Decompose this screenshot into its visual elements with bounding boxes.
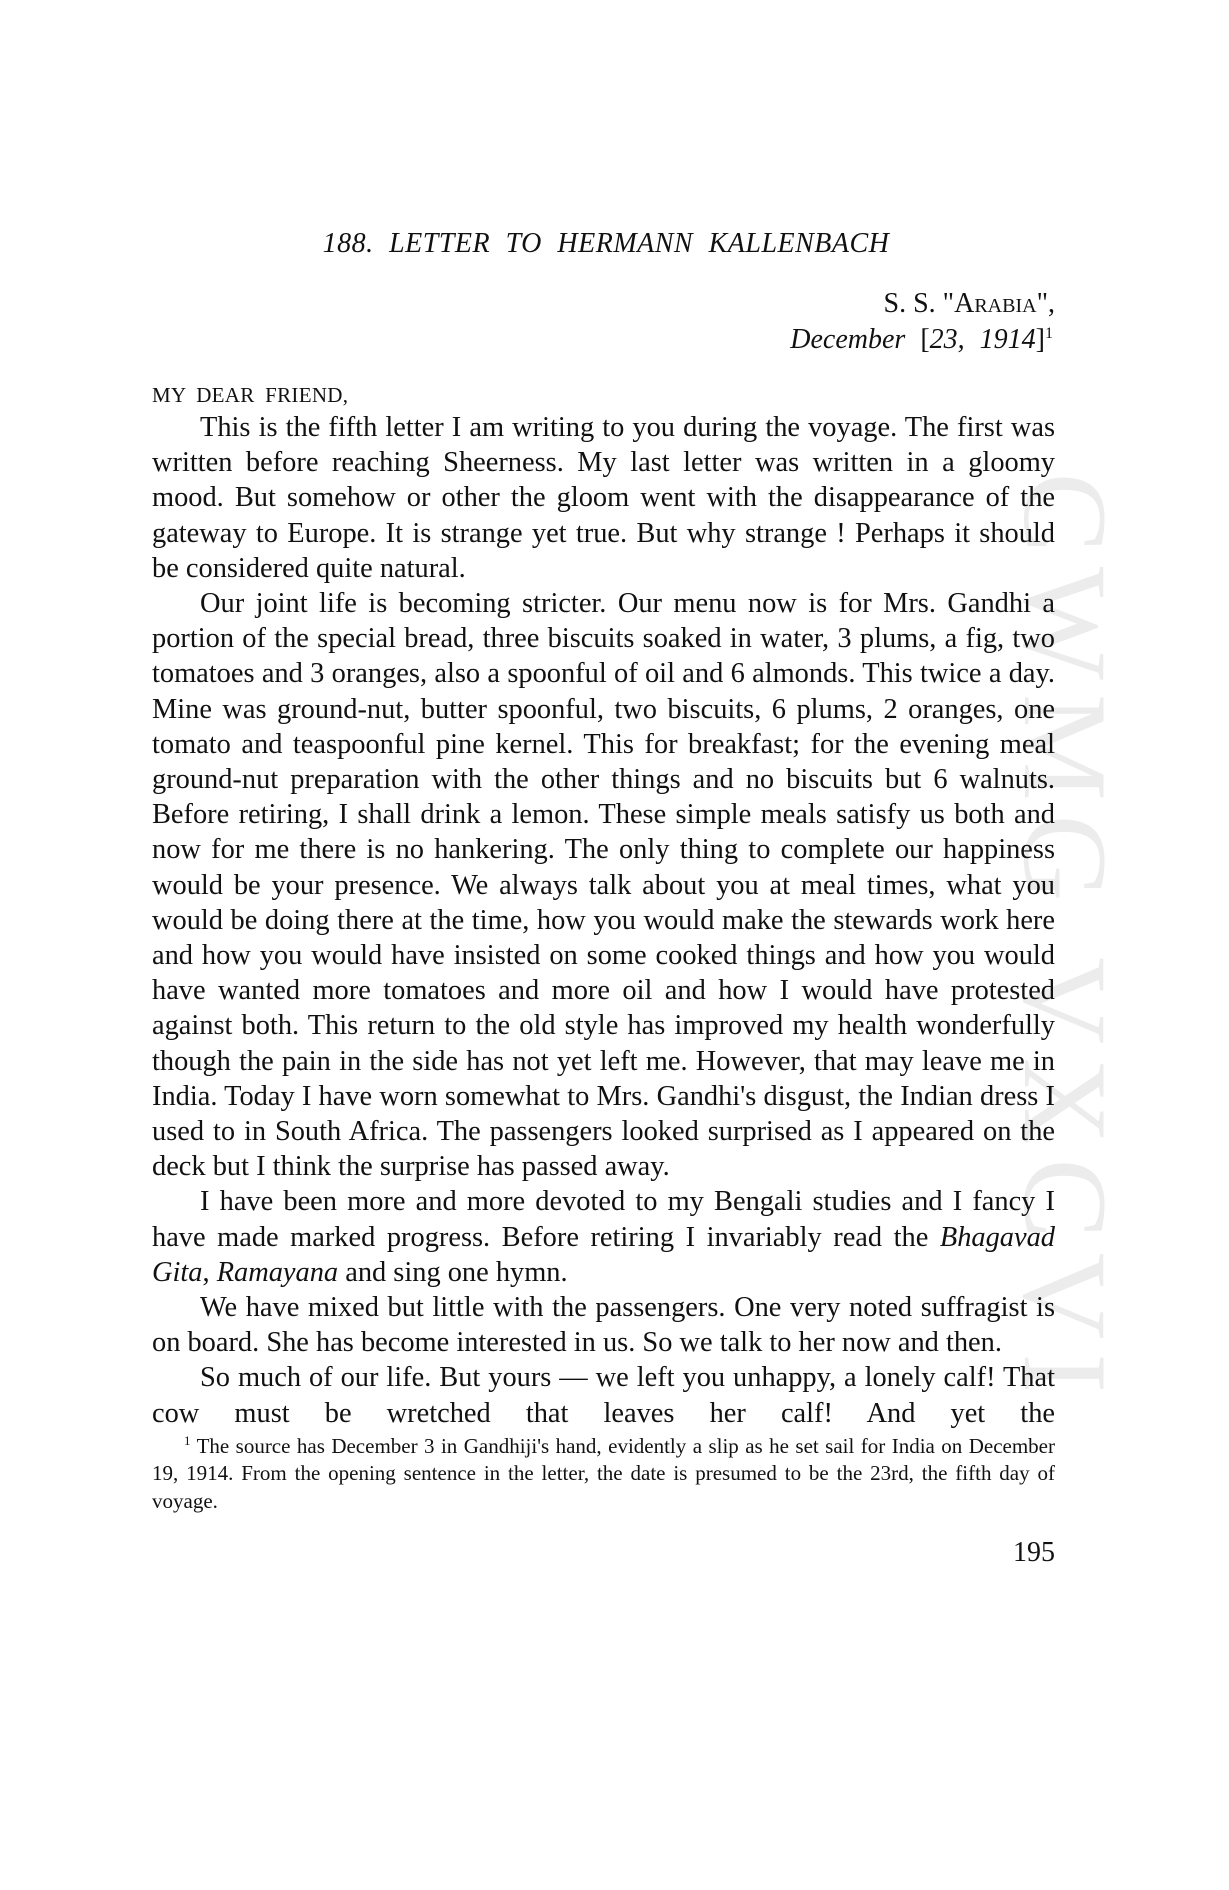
ship-name: Arabia <box>954 288 1036 319</box>
date-month: December <box>790 324 905 355</box>
place-suffix: ", <box>1037 288 1055 319</box>
letter-place: S. S. "Arabia", <box>152 286 1055 322</box>
footnote-reference[interactable]: 1 <box>1045 325 1053 342</box>
date-day-year: 23, 1914 <box>930 324 1036 355</box>
letter-date: December [23, 1914]1 <box>152 322 1055 358</box>
paragraph-3-text-b: , <box>202 1257 216 1288</box>
salutation: MY DEAR FRIEND, <box>152 380 1055 410</box>
paragraph-3: I have been more and more devoted to my … <box>152 1184 1055 1290</box>
paragraph-2: Our joint life is becoming stricter. Our… <box>152 586 1055 1184</box>
footnote-marker: 1 <box>184 1433 191 1448</box>
date-open-bracket: [ <box>920 324 929 355</box>
paragraph-3-text-c: and sing one hymn. <box>338 1257 567 1288</box>
paragraph-4: We have mixed but little with the passen… <box>152 1290 1055 1360</box>
date-close-bracket: ] <box>1036 324 1045 355</box>
page-number: 195 <box>152 1537 1055 1569</box>
title-ramayana: Ramayana <box>217 1257 338 1288</box>
footnote: 1 The source has December 3 in Gandhiji'… <box>152 1433 1055 1516</box>
paragraph-3-text-a: I have been more and more devoted to my … <box>152 1186 1055 1252</box>
paragraph-5: So much of our life. But yours — we left… <box>152 1360 1055 1430</box>
letter-title: 188. LETTER TO HERMANN KALLENBACH <box>152 228 1055 260</box>
place-prefix: S. S. " <box>884 288 955 319</box>
paragraph-1: This is the fifth letter I am writing to… <box>152 410 1055 586</box>
document-page: 188. LETTER TO HERMANN KALLENBACH S. S. … <box>152 228 1055 1569</box>
footnote-text: The source has December 3 in Gandhiji's … <box>152 1434 1055 1513</box>
